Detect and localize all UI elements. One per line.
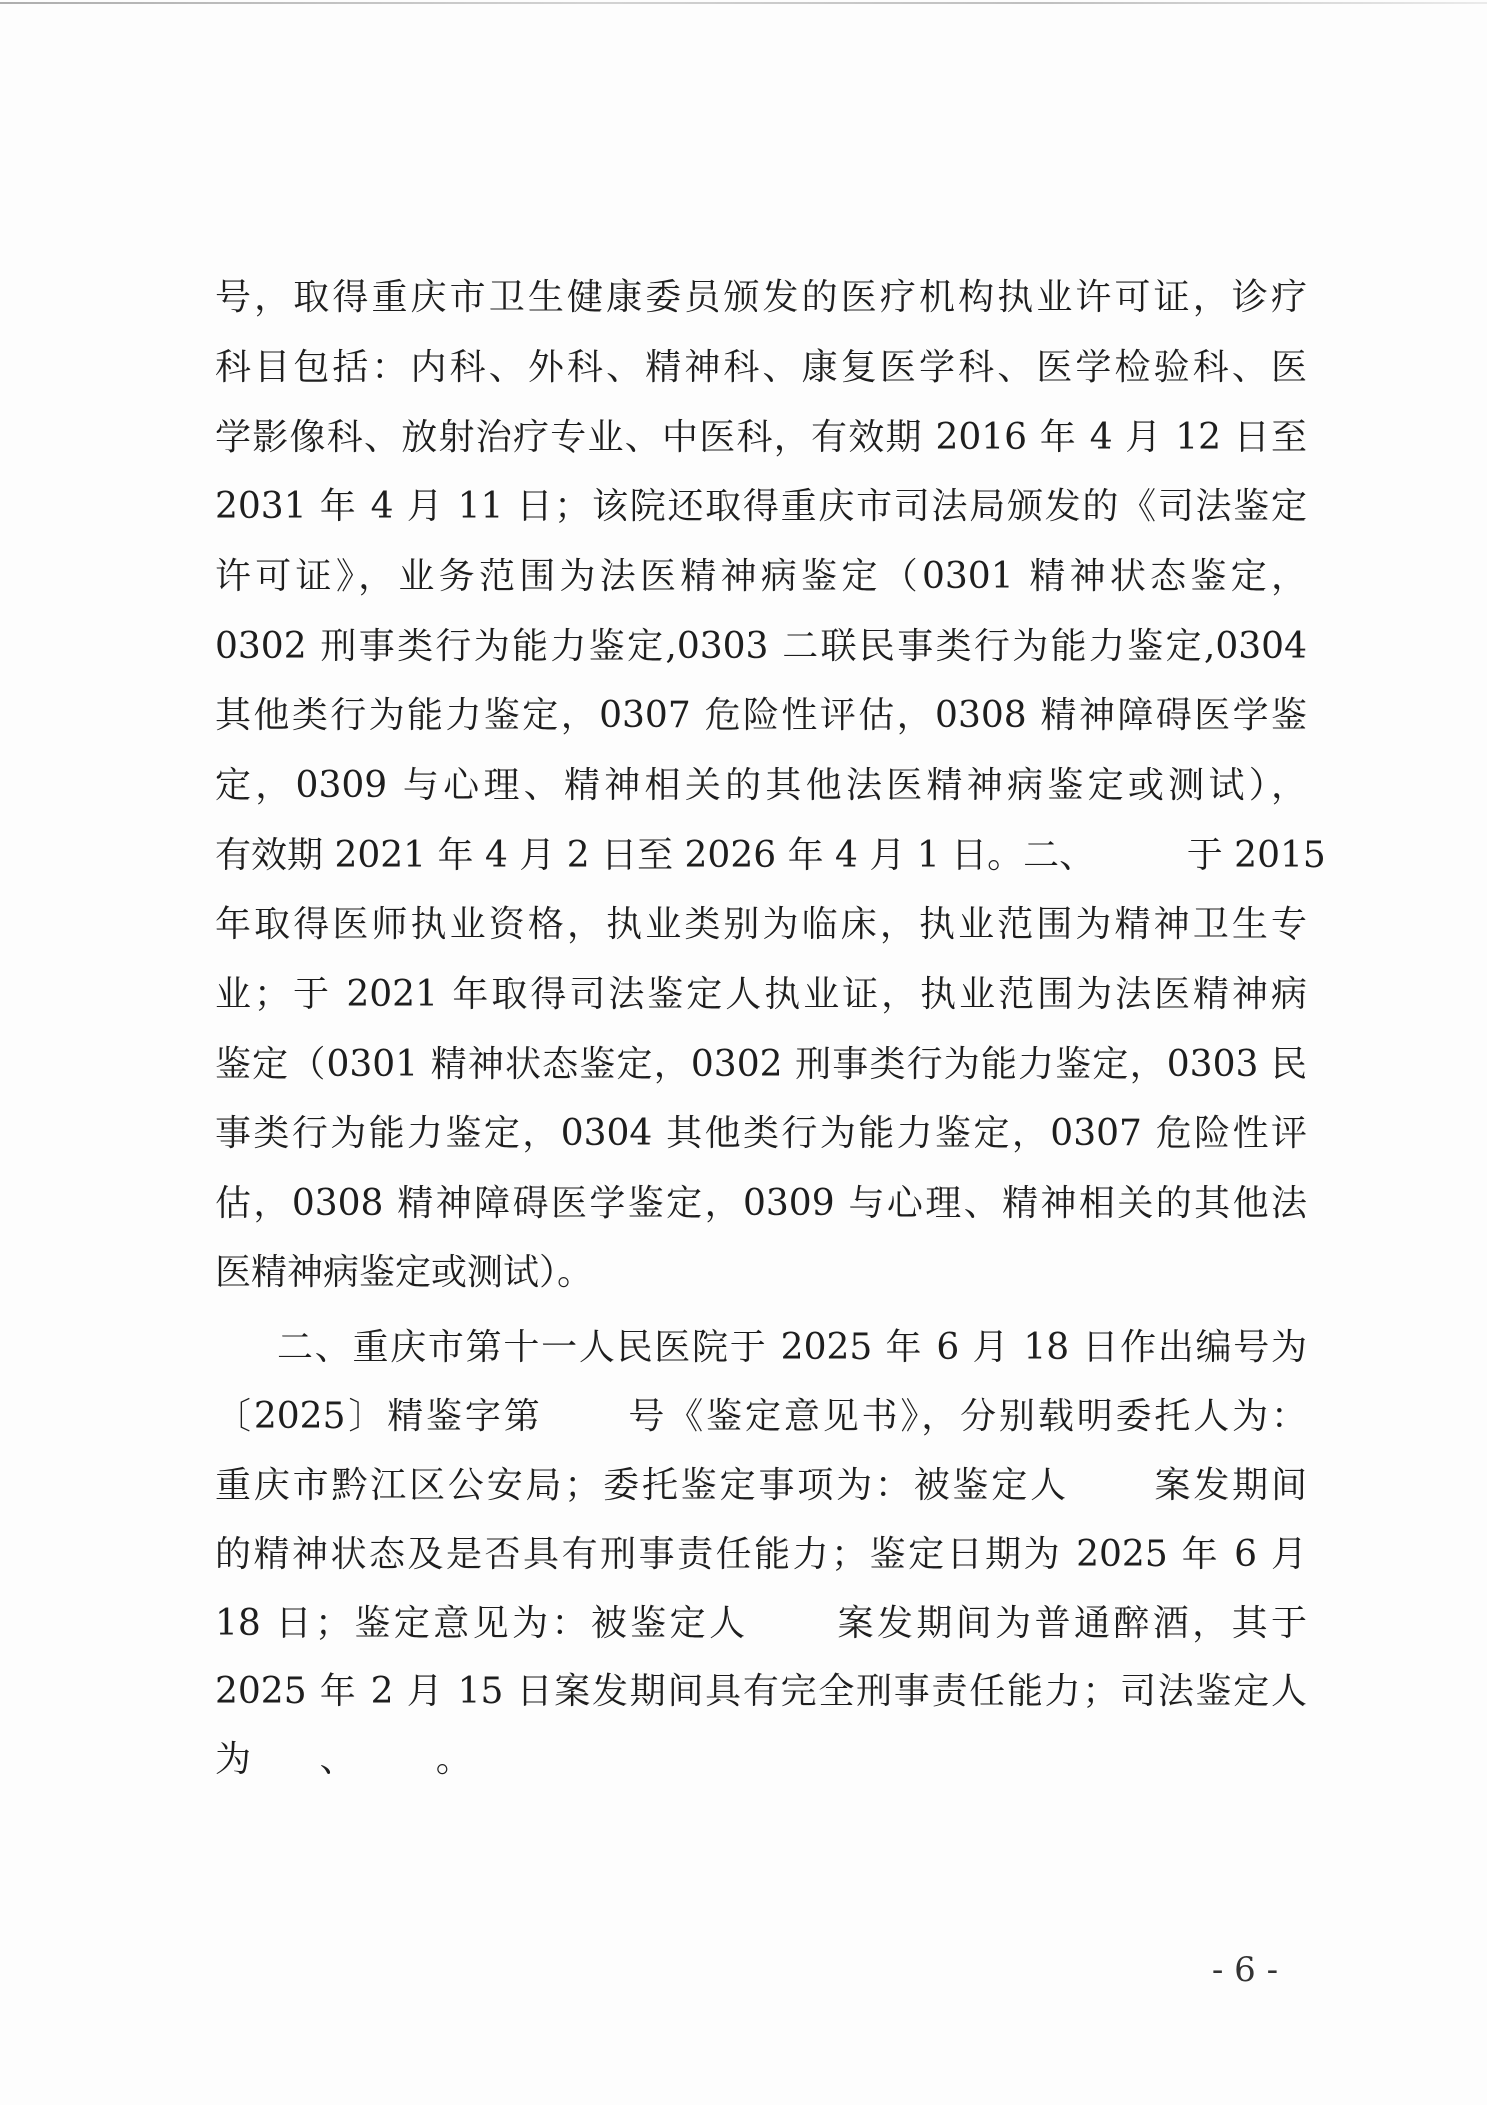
text-line: 有效期 2021 年 4 月 2 日至 2026 年 4 月 1 日。二、 于 … <box>215 828 1307 884</box>
document-page: 号，取得重庆市卫生健康委员颁发的医疗机构执业许可证，诊疗 科目包括：内科、外科、… <box>0 0 1487 2105</box>
page-number: - 6 - <box>1190 1945 1300 1995</box>
text-line: 2031 年 4 月 11 日；该院还取得重庆市司法局颁发的《司法鉴定 <box>215 479 1307 535</box>
text-line: 为 、 。 <box>215 1732 1307 1788</box>
text-line: 0302 刑事类行为能力鉴定,0303 二联民事类行为能力鉴定,0304 <box>215 619 1307 675</box>
text-line: 18 日；鉴定意见为：被鉴定人 案发期间为普通醉酒，其于 <box>215 1596 1307 1652</box>
text-line: 号，取得重庆市卫生健康委员颁发的医疗机构执业许可证，诊疗 <box>215 270 1307 326</box>
text-line: 业；于 2021 年取得司法鉴定人执业证，执业范围为法医精神病 <box>215 967 1307 1023</box>
text-line: 2025 年 2 月 15 日案发期间具有完全刑事责任能力；司法鉴定人 <box>215 1664 1307 1720</box>
text-line: 二、重庆市第十一人民医院于 2025 年 6 月 18 日作出编号为 <box>277 1320 1307 1376</box>
text-line: 许可证》，业务范围为法医精神病鉴定（0301 精神状态鉴定， <box>215 549 1307 605</box>
text-line: 年取得医师执业资格，执业类别为临床，执业范围为精神卫生专 <box>215 897 1307 953</box>
text-line: 估，0308 精神障碍医学鉴定，0309 与心理、精神相关的其他法 <box>215 1176 1307 1232</box>
text-line: 〔2025〕精鉴字第 号《鉴定意见书》，分别载明委托人为： <box>215 1389 1307 1445</box>
text-line: 定，0309 与心理、精神相关的其他法医精神病鉴定或测试）， <box>215 758 1307 814</box>
text-line: 医精神病鉴定或测试）。 <box>215 1245 1307 1301</box>
text-line: 鉴定（0301 精神状态鉴定，0302 刑事类行为能力鉴定，0303 民 <box>215 1037 1307 1093</box>
text-line: 其他类行为能力鉴定，0307 危险性评估，0308 精神障碍医学鉴 <box>215 688 1307 744</box>
text-line: 重庆市黔江区公安局；委托鉴定事项为：被鉴定人 案发期间 <box>215 1458 1307 1514</box>
text-line: 学影像科、放射治疗专业、中医科，有效期 2016 年 4 月 12 日至 <box>215 410 1307 466</box>
text-line: 的精神状态及是否具有刑事责任能力；鉴定日期为 2025 年 6 月 <box>215 1527 1307 1583</box>
text-line: 科目包括：内科、外科、精神科、康复医学科、医学检验科、医 <box>215 340 1307 396</box>
text-line: 事类行为能力鉴定，0304 其他类行为能力鉴定，0307 危险性评 <box>215 1106 1307 1162</box>
